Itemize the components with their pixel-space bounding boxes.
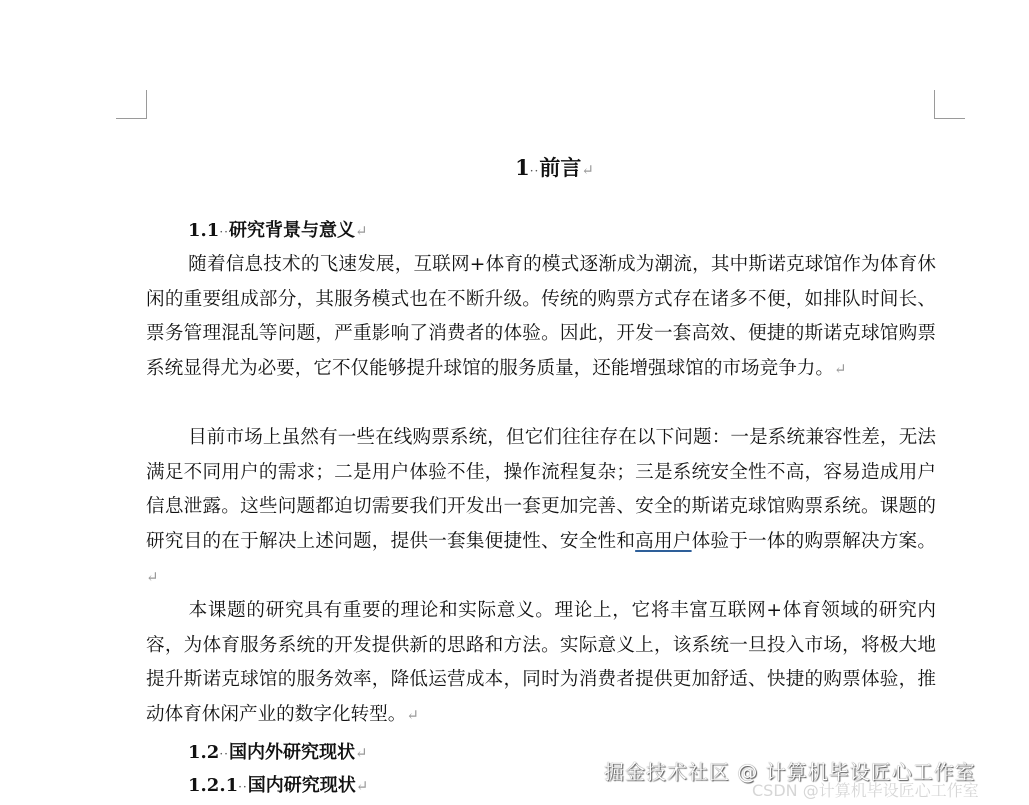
section-title: 国内外研究现状 — [229, 742, 355, 763]
section-number: 1.1 — [188, 220, 219, 241]
section-title: 研究背景与意义 — [229, 220, 355, 241]
section-heading-1-2-1: 1.2.1··国内研究现状↵ — [188, 771, 368, 797]
section-title: 国内研究现状 — [248, 775, 356, 796]
paragraph-significance: 本课题的研究具有重要的理论和实际意义。理论上，它将丰富互联网+体育领域的研究内容… — [146, 594, 936, 733]
chapter-number: 1 — [515, 155, 530, 180]
chapter-title: 前言 — [539, 155, 581, 180]
paragraph-text: 随着信息技术的飞速发展，互联网+体育的模式逐渐成为潮流，其中斯诺克球馆作为体育休… — [146, 254, 936, 379]
section-number: 1.2.1 — [188, 775, 238, 796]
section-heading-1-2: 1.2··国内外研究现状↵ — [188, 738, 368, 764]
paragraph-mark-icon: ↵ — [356, 777, 369, 795]
page-margin-corner-top-right — [934, 90, 965, 119]
paragraph-text: 本课题的研究具有重要的理论和实际意义。理论上，它将丰富互联网+体育领域的研究内容… — [146, 600, 936, 725]
paragraph-text-tail: 体验于一体的购票解决方案。 — [692, 531, 936, 552]
paragraph-background: 随着信息技术的飞速发展，互联网+体育的模式逐渐成为潮流，其中斯诺克球馆作为体育休… — [146, 248, 936, 387]
chapter-heading: 1··前言↵ — [0, 152, 1029, 182]
csdn-watermark: CSDN @计算机毕设匠心工作室 — [752, 778, 979, 801]
page-margin-corner-top-left — [116, 90, 147, 119]
heading-dots: ·· — [219, 747, 229, 761]
paragraph-mark-icon: ↵ — [406, 706, 419, 724]
paragraph-mark-icon: ↵ — [146, 568, 159, 586]
heading-dots: ·· — [530, 164, 540, 178]
heading-dots: ·· — [238, 780, 248, 794]
paragraph-mark-icon: ↵ — [355, 222, 368, 240]
heading-dots: ·· — [219, 225, 229, 239]
paragraph-problems: 目前市场上虽然有一些在线购票系统，但它们往往存在以下问题：一是系统兼容性差，无法… — [146, 421, 936, 595]
section-number: 1.2 — [188, 742, 219, 763]
paragraph-mark-icon: ↵ — [581, 161, 594, 179]
paragraph-mark-icon: ↵ — [834, 360, 847, 378]
section-heading-1-1: 1.1··研究背景与意义↵ — [188, 216, 368, 242]
spellcheck-underlined-text[interactable]: 高用户 — [635, 531, 691, 552]
paragraph-mark-icon: ↵ — [355, 744, 368, 762]
